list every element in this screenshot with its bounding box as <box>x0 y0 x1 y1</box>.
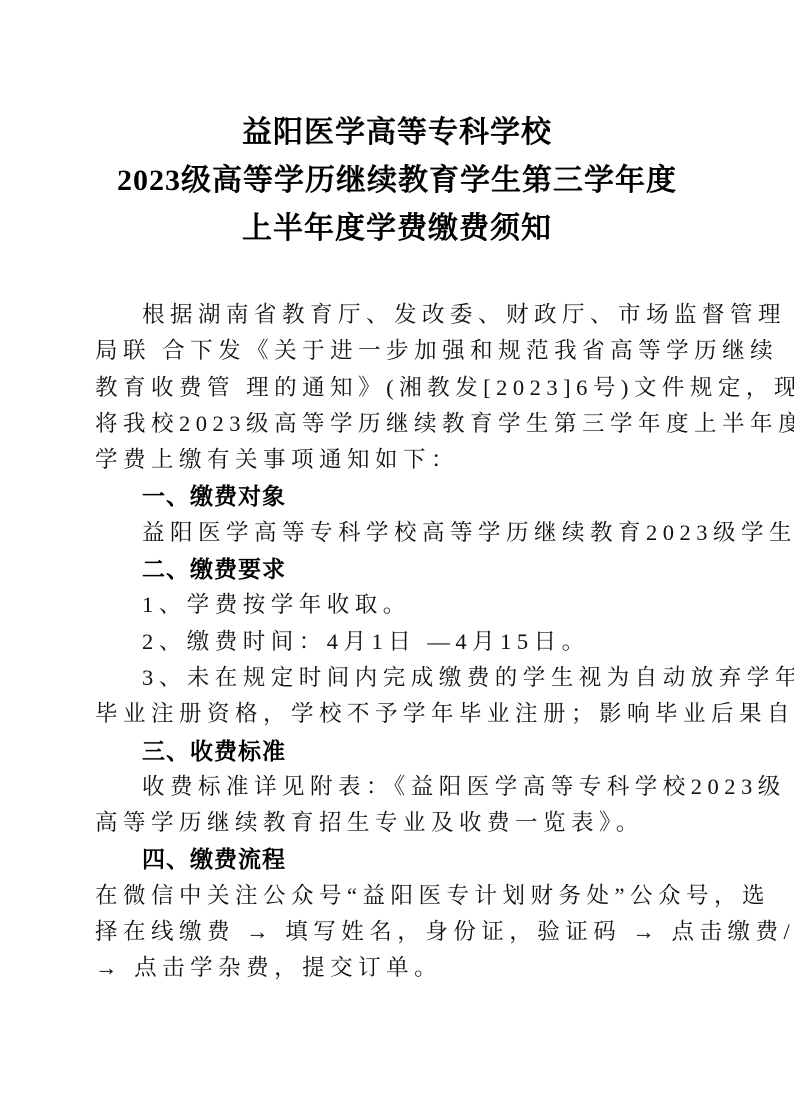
doc-line: 3、未在规定时间内完成缴费的学生视为自动放弃学年 <box>95 660 758 696</box>
doc-title-line: 上半年度学费缴费须知 <box>0 205 794 253</box>
doc-line: 2、缴费时间：4月1日 —4月15日。 <box>95 624 758 660</box>
section-heading-fee-standard: 三、收费标准 <box>95 733 758 769</box>
document-body: 根据湖南省教育厅、发改委、财政厅、市场监督管理 局联 合下发《关于进一步加强和规… <box>0 297 794 987</box>
document-title: 益阳医学高等专科学校 2023级高等学历继续教育学生第三学年度 上半年度学费缴费… <box>0 109 794 253</box>
section-heading-payers: 一、缴费对象 <box>95 478 758 514</box>
doc-line: 毕业注册资格，学校不予学年毕业注册；影响毕业后果自负。 <box>95 696 758 732</box>
document-page: 益阳医学高等专科学校 2023级高等学历继续教育学生第三学年度 上半年度学费缴费… <box>0 0 794 1108</box>
doc-line: 将我校2023级高等学历继续教育学生第三学年度上半年度 <box>95 406 758 442</box>
doc-line: 学费上缴有关事项通知如下： <box>95 442 758 478</box>
doc-line: 在微信中关注公众号“益阳医专计划财务处”公众号，选 <box>95 878 758 914</box>
doc-line: 局联 合下发《关于进一步加强和规范我省高等学历继续 <box>95 333 758 369</box>
doc-line: 择在线缴费 → 填写姓名，身份证，验证码 → 点击缴费/查询 <box>95 914 758 950</box>
doc-title-line: 2023级高等学历继续教育学生第三学年度 <box>0 157 794 205</box>
doc-line: 1、学费按学年收取。 <box>95 587 758 623</box>
doc-line: 收费标准详见附表：《益阳医学高等专科学校2023级 <box>95 769 758 805</box>
doc-line: 根据湖南省教育厅、发改委、财政厅、市场监督管理 <box>95 297 758 333</box>
doc-line: 教育收费管 理的通知》(湘教发[2023]6号)文件规定，现 <box>95 370 758 406</box>
section-heading-payment-process: 四、缴费流程 <box>95 841 758 877</box>
section-heading-requirements: 二、缴费要求 <box>95 551 758 587</box>
doc-title-line: 益阳医学高等专科学校 <box>0 109 794 157</box>
doc-line: 高等学历继续教育招生专业及收费一览表》。 <box>95 805 758 841</box>
doc-line: 益阳医学高等专科学校高等学历继续教育2023级学生。 <box>95 515 758 551</box>
doc-line: → 点击学杂费，提交订单。 <box>95 950 758 986</box>
